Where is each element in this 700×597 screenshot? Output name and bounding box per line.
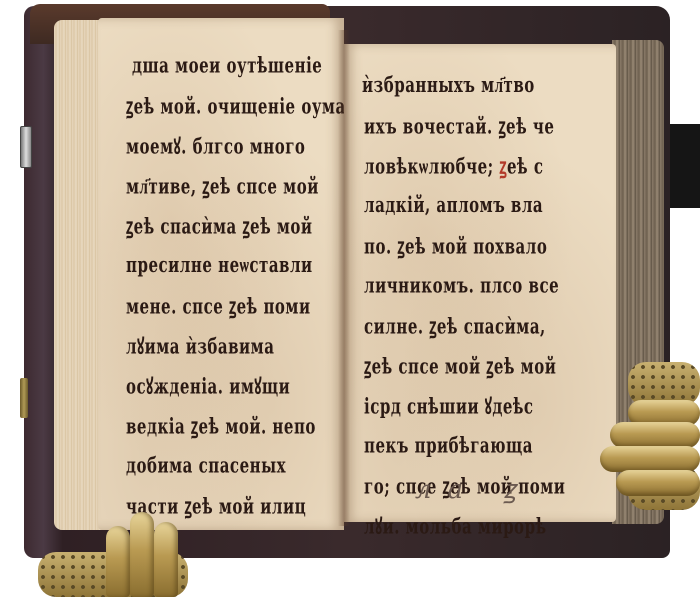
text-line: ведкіа ꙁеѣ мой. непо xyxy=(126,412,316,441)
text-line: осꙋжденіа. имꙋщи xyxy=(126,372,290,401)
rubric-initial: ꙁ xyxy=(499,153,507,179)
brass-clasp xyxy=(20,378,28,418)
text-line: добима спасеных xyxy=(126,452,286,478)
finger xyxy=(154,522,178,597)
text-line: ихъ вочестай. ꙁеѣ че xyxy=(364,112,554,141)
finger xyxy=(600,446,700,472)
brass-hand-stand-bottom xyxy=(38,512,198,597)
manuscript-photo: дша моеи оутѣшеніе ꙁеѣ мой. очищеніе оум… xyxy=(0,0,700,597)
left-page: дша моеи оутѣшеніе ꙁеѣ мой. очищеніе оум… xyxy=(98,18,344,530)
text-line: пресилне неѡставли xyxy=(126,252,313,280)
metal-clasp xyxy=(20,126,32,168)
text-segment: еѣ с xyxy=(507,153,543,179)
text-line: ладкій, апломъ вла xyxy=(364,192,543,218)
right-page: ѝзбранныхъ мл҃тво ихъ вочестай. ꙁеѣ че л… xyxy=(344,44,616,522)
text-line: ловѣкѡлюбче; ꙁеѣ с xyxy=(364,152,543,181)
text-line: ꙁеѣ спасѝма ꙁеѣ мой xyxy=(126,212,313,241)
brass-hand-stand-right xyxy=(600,362,700,512)
text-line: ꙁеѣ спсе мой ꙁеѣ мой xyxy=(364,352,556,381)
finger xyxy=(106,526,130,597)
text-line: ꙁеѣ мой. очищеніе оума xyxy=(126,92,346,121)
text-line: личникомъ. плсо все xyxy=(364,272,559,298)
text-line: мене. спсе ꙁеѣ поми xyxy=(126,292,311,321)
finger xyxy=(616,470,700,496)
text-line: пекъ прибѣгающа xyxy=(364,432,533,458)
folio-number: ла ꙁ xyxy=(415,470,532,506)
text-line: ісрд снѣшии ꙋдеѣс xyxy=(364,392,534,421)
text-line: мл҃тиве, ꙁеѣ спсе мой xyxy=(126,172,319,201)
text-line: лꙋи. мольба мирорѣ xyxy=(364,512,547,541)
book-gutter xyxy=(338,30,350,526)
text-line: ѝзбранныхъ мл҃тво xyxy=(362,72,535,100)
text-line: лꙋима ѝзбавима xyxy=(126,332,274,361)
finger xyxy=(610,422,700,448)
text-line: моемꙋ. блгсо много xyxy=(126,132,305,161)
text-line: по. ꙁеѣ мой похвало xyxy=(364,232,547,261)
text-line: силне. ꙁеѣ спасѝма, xyxy=(364,312,546,341)
text-line: дша моеи оутѣшеніе xyxy=(132,52,322,78)
finger xyxy=(130,512,154,597)
text-segment: ловѣкѡлюбче; xyxy=(364,153,499,179)
